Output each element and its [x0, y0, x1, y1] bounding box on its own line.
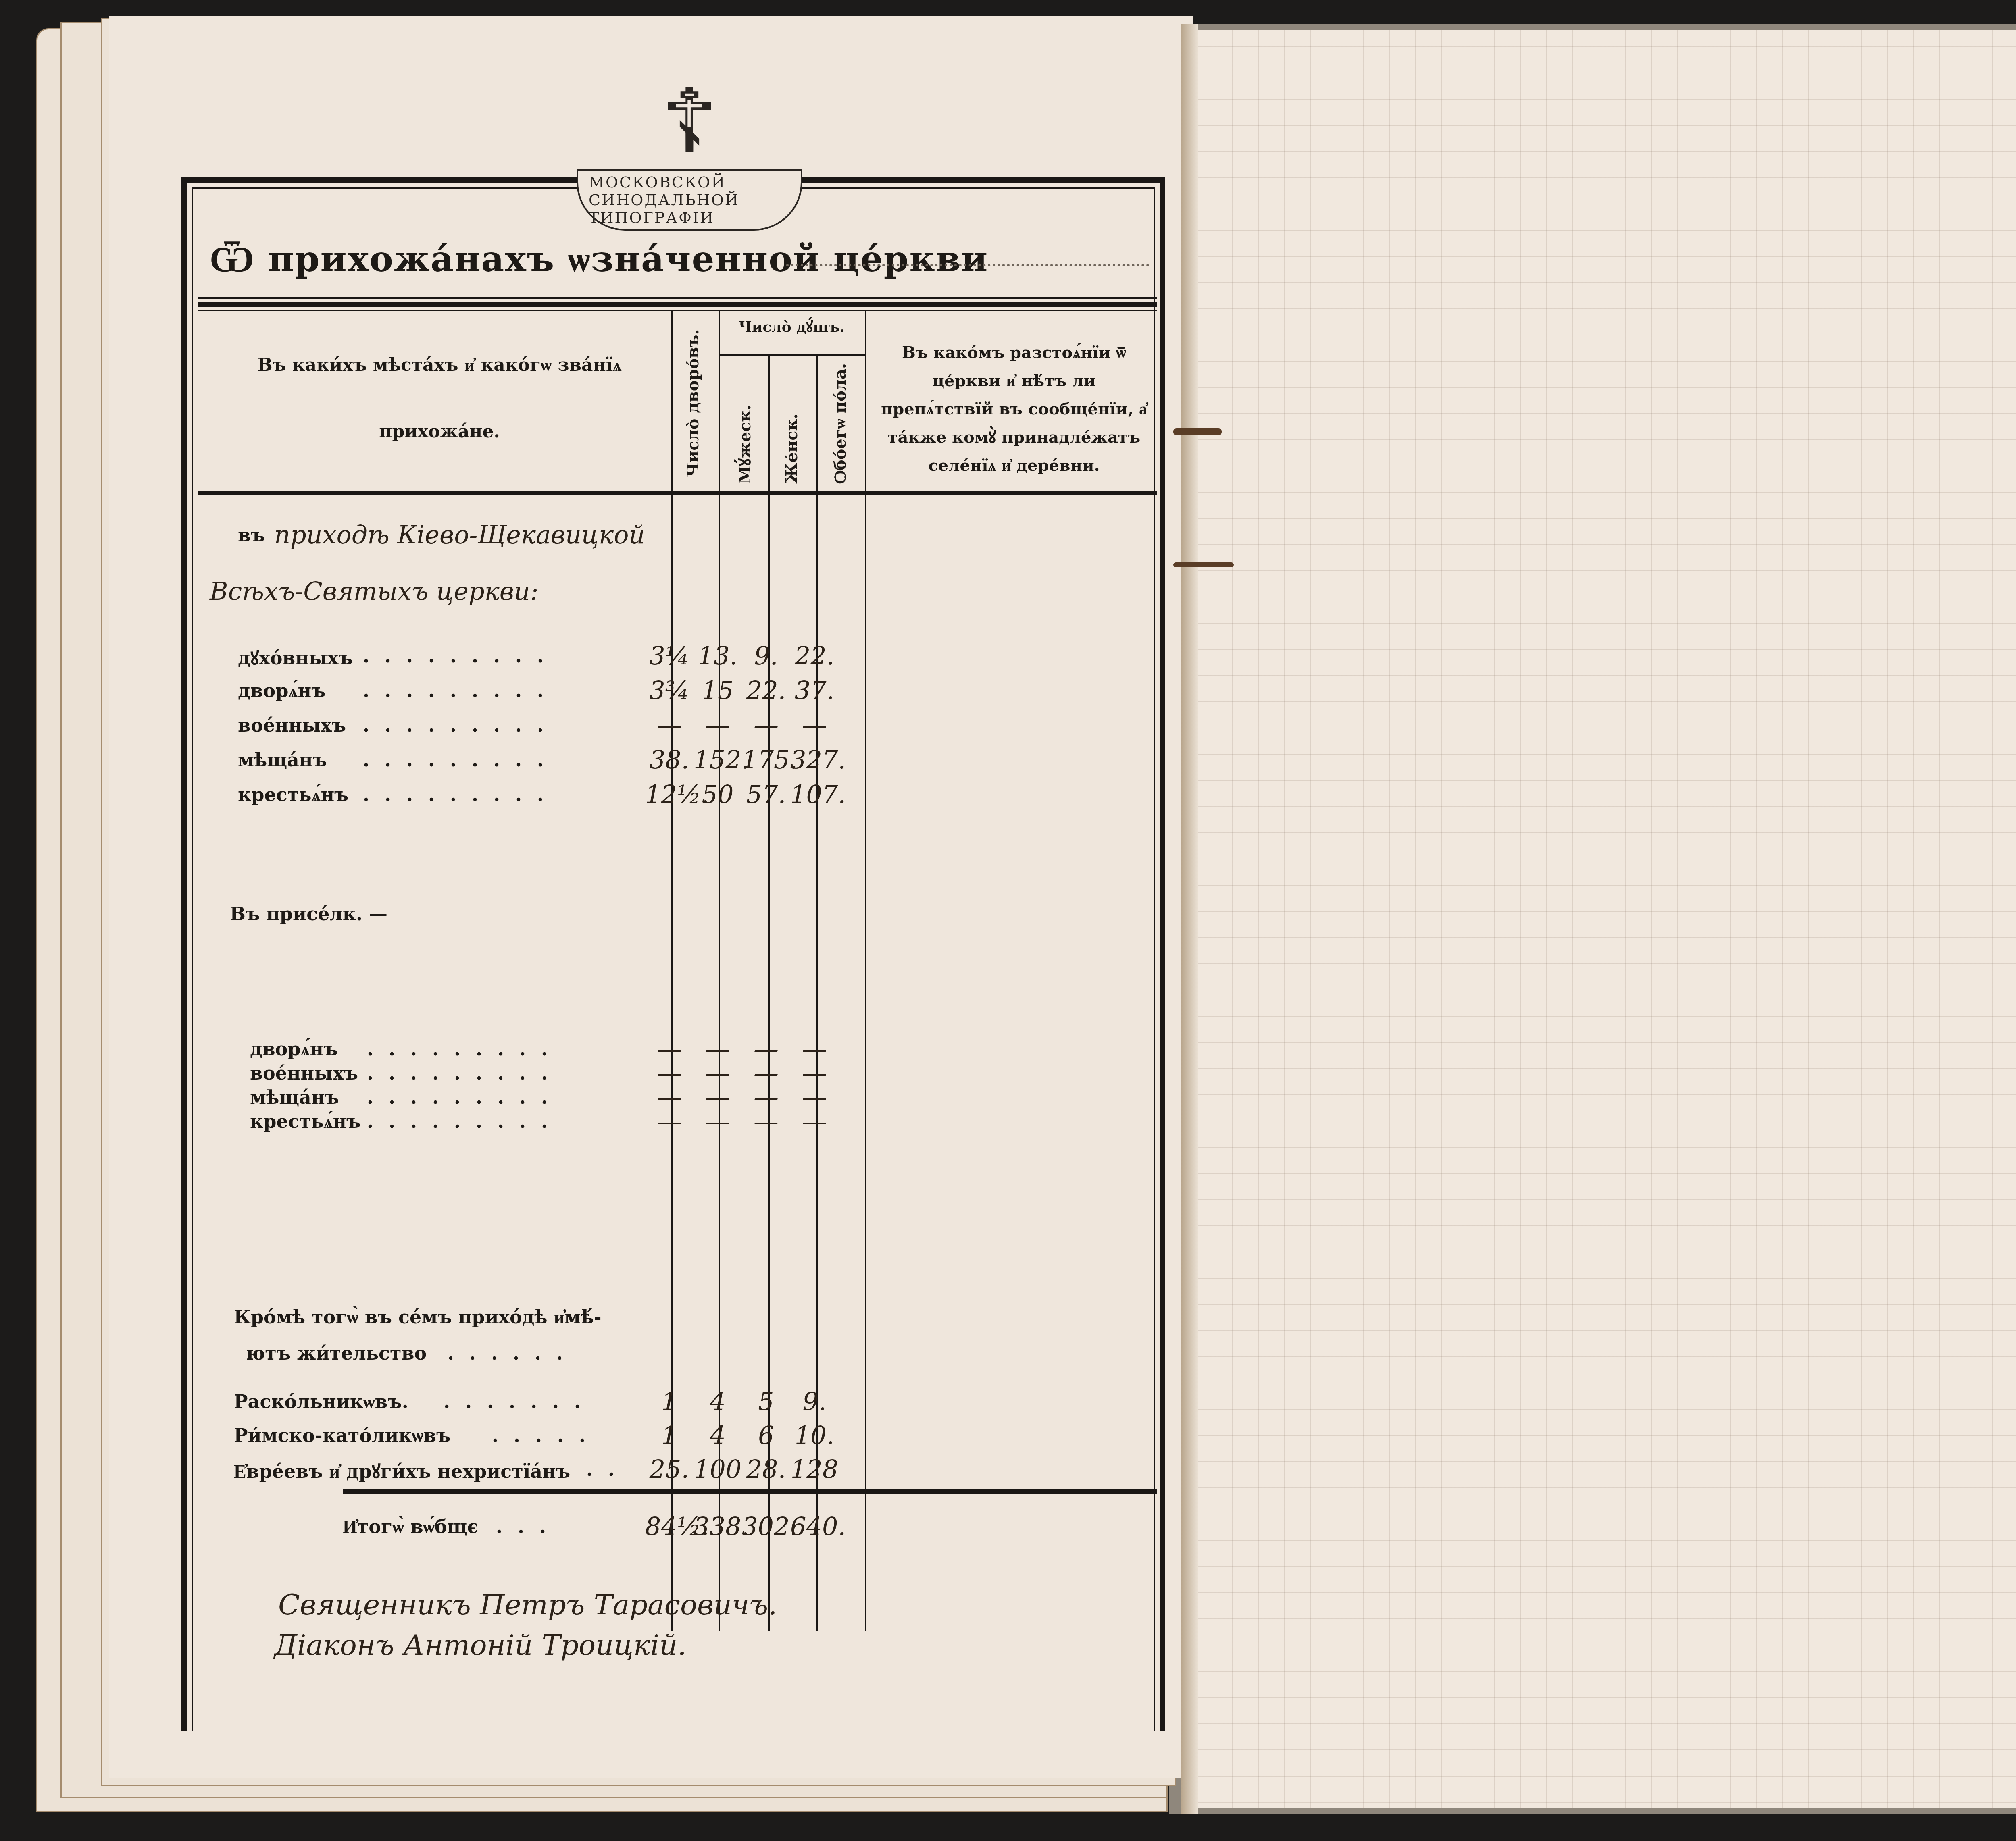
book-gutter: [1181, 24, 1198, 1814]
hamlet-heading: Въ присе́лк. —: [230, 903, 387, 925]
total-households: 84½.: [645, 1512, 694, 1541]
leader-dots: .........: [363, 645, 559, 667]
male-value: 100: [694, 1454, 742, 1484]
female-value: 57.: [742, 780, 790, 809]
header-place-line2: прихожа́не.: [226, 421, 653, 442]
male-value: 152.: [694, 745, 742, 774]
parish-heading-handwritten: Всѣхъ-Святыхъ церкви:: [210, 576, 539, 606]
title-fill-line: [786, 264, 1149, 266]
total-row: И҆тогѡ̀ вѡ́бщє ... 84½. 338. 302. 640.: [234, 1516, 1157, 1552]
table-row: вое́нныхъ ......... — — — —: [238, 714, 1157, 749]
parish-heading-handwritten: приходѣ Кіево-Щекавицкой: [274, 520, 645, 549]
leader-dots: .........: [363, 680, 559, 701]
both-value: 10.: [790, 1421, 839, 1450]
leader-dots: .........: [363, 714, 559, 736]
table-row: Е҆вре́евъ и҆ дрꙋги́хъ нехристїа́нъ ... 2…: [234, 1458, 1157, 1492]
table-row: Раско́льникѡвъ. ....... 1 4 5 9.: [234, 1391, 1157, 1425]
female-value: —: [742, 710, 790, 740]
emblem-ribbon: МОСКОВСКОЙ СИНОДАЛЬНОЙ ТИПОГРАФІИ: [577, 169, 802, 231]
binding-thread: [1173, 428, 1222, 435]
row-label: крестьѧ́нъ: [250, 1111, 360, 1132]
row-label: дꙋхо́вныхъ: [238, 645, 353, 670]
table-row: крестьѧ́нъ ......... — — — —: [250, 1111, 1157, 1135]
leader-dots: .....: [492, 1425, 601, 1446]
row-label: вое́нныхъ: [250, 1062, 358, 1084]
both-value: —: [790, 710, 839, 740]
header-rule-bottom: [198, 491, 1157, 495]
row-label: вое́нныхъ: [238, 714, 346, 736]
female-value: 6: [742, 1421, 790, 1450]
households-value: 25.: [645, 1454, 694, 1484]
households-value: 38.: [645, 745, 694, 774]
leader-dots: ...: [496, 1516, 561, 1537]
form-title: Ѿ прихожа́нахъ ѡзна́ченной це́ркви: [210, 238, 988, 280]
signature-priest: Священникъ Петръ Тарасовичъ.: [278, 1588, 777, 1621]
row-label: Ри́мско-като́ликѡвъ: [234, 1425, 450, 1446]
leader-dots: ......: [448, 1342, 578, 1364]
leader-dots: .........: [367, 1062, 563, 1084]
right-page-graph-paper: [1193, 30, 2016, 1808]
leader-dots: .......: [444, 1391, 596, 1412]
female-value: —: [742, 1107, 790, 1136]
total-rule: [343, 1489, 1157, 1494]
header-souls-group: Число̀ дꙋ́шъ.: [719, 316, 865, 336]
male-value: 15: [694, 676, 742, 705]
households-value: 12½.: [645, 780, 694, 809]
parish-rows: дꙋхо́вныхъ ......... 3¼ 13. 9. 22. дворѧ…: [238, 645, 1157, 818]
row-label: мѣща́нъ: [250, 1086, 339, 1108]
hamlet-rows: дворѧ́нъ ......... — — — — вое́нныхъ ...…: [250, 1038, 1157, 1135]
both-value: 128: [790, 1454, 839, 1484]
both-value: 22.: [790, 641, 839, 670]
parish-heading-prefix: въ: [238, 524, 265, 546]
signature-deacon: Діаконъ Антоній Троицкій.: [274, 1629, 687, 1662]
female-value: 175.: [742, 745, 790, 774]
both-value: 327.: [790, 745, 839, 774]
header-rule-top-thin: [198, 310, 1157, 311]
table-row: дꙋхо́вныхъ ......... 3¼ 13. 9. 22.: [238, 645, 1157, 680]
both-value: —: [790, 1107, 839, 1136]
row-label: Раско́льникѡвъ.: [234, 1391, 408, 1412]
others-heading-line2: ютъ жи́тельство: [246, 1342, 427, 1364]
table-row: дворѧ́нъ ......... 3¾ 15 22. 37.: [238, 680, 1157, 714]
male-value: —: [694, 710, 742, 740]
row-label: мѣща́нъ: [238, 749, 327, 771]
leader-dots: ...: [564, 1458, 630, 1480]
imperial-emblem: ☦ МОСКОВСКОЙ СИНОДАЛЬНОЙ ТИПОГРАФІИ: [577, 73, 802, 226]
row-label: дворѧ́нъ: [250, 1038, 337, 1060]
female-value: 9.: [742, 641, 790, 670]
others-heading-line1: Кро́мѣ тогѡ̀ въ се́мъ прихо́дѣ и҆мѣ́-: [234, 1306, 602, 1328]
total-both: 640.: [790, 1512, 839, 1541]
header-both: Ѻбо́егѡ по́ла.: [831, 363, 850, 484]
female-value: 22.: [742, 676, 790, 705]
households-value: 3¼: [645, 641, 694, 670]
header-households: Число̀ дворо́въ.: [683, 318, 702, 488]
header-place-line1: Въ каки́хъ мѣста́хъ и҆ како́гѡ зва́нїѧ: [226, 355, 653, 375]
double-headed-eagle-icon: ☦: [661, 73, 719, 169]
binding-thread: [1173, 562, 1234, 567]
header-female: Же́нск.: [782, 363, 801, 484]
male-value: 4: [694, 1387, 742, 1416]
households-value: 1: [645, 1387, 694, 1416]
row-label: Е҆вре́евъ и҆ дрꙋги́хъ нехристїа́нъ: [234, 1458, 570, 1483]
header-male: Мꙋ́жеск.: [734, 363, 756, 484]
leader-dots: .........: [367, 1111, 563, 1132]
total-female: 302.: [742, 1512, 790, 1541]
households-value: —: [645, 1107, 694, 1136]
female-value: 5: [742, 1387, 790, 1416]
male-value: 13.: [694, 641, 742, 670]
header-distance: Въ како́мъ разстоѧ́нїи ѿ це́ркви и҆ нѣ́т…: [875, 339, 1153, 480]
female-value: 28.: [742, 1454, 790, 1484]
others-rows: Раско́льникѡвъ. ....... 1 4 5 9. Ри́мско…: [234, 1391, 1157, 1492]
table-row: крестьѧ́нъ ......... 12½. 50 57. 107.: [238, 784, 1157, 818]
male-value: 50: [694, 780, 742, 809]
total-label: И҆тогѡ̀ вѡ́бщє: [343, 1516, 479, 1537]
both-value: 107.: [790, 780, 839, 809]
row-label: дворѧ́нъ: [238, 680, 325, 701]
both-value: 9.: [790, 1387, 839, 1416]
leader-dots: .........: [367, 1086, 563, 1108]
total-male: 338.: [694, 1512, 742, 1541]
header-rule-top: [198, 302, 1157, 307]
households-value: —: [645, 710, 694, 740]
leader-dots: .........: [367, 1038, 563, 1060]
table-row: Ри́мско-като́ликѡвъ ..... 1 4 6 10.: [234, 1425, 1157, 1458]
households-value: 1: [645, 1421, 694, 1450]
souls-group-underline: [720, 354, 865, 356]
households-value: 3¾: [645, 676, 694, 705]
leader-dots: .........: [363, 784, 559, 805]
header-rule-top-thin: [198, 297, 1157, 299]
table-row: мѣща́нъ ......... 38. 152. 175. 327.: [238, 749, 1157, 784]
male-value: 4: [694, 1421, 742, 1450]
male-value: —: [694, 1107, 742, 1136]
both-value: 37.: [790, 676, 839, 705]
row-label: крестьѧ́нъ: [238, 784, 348, 805]
leader-dots: .........: [363, 749, 559, 771]
